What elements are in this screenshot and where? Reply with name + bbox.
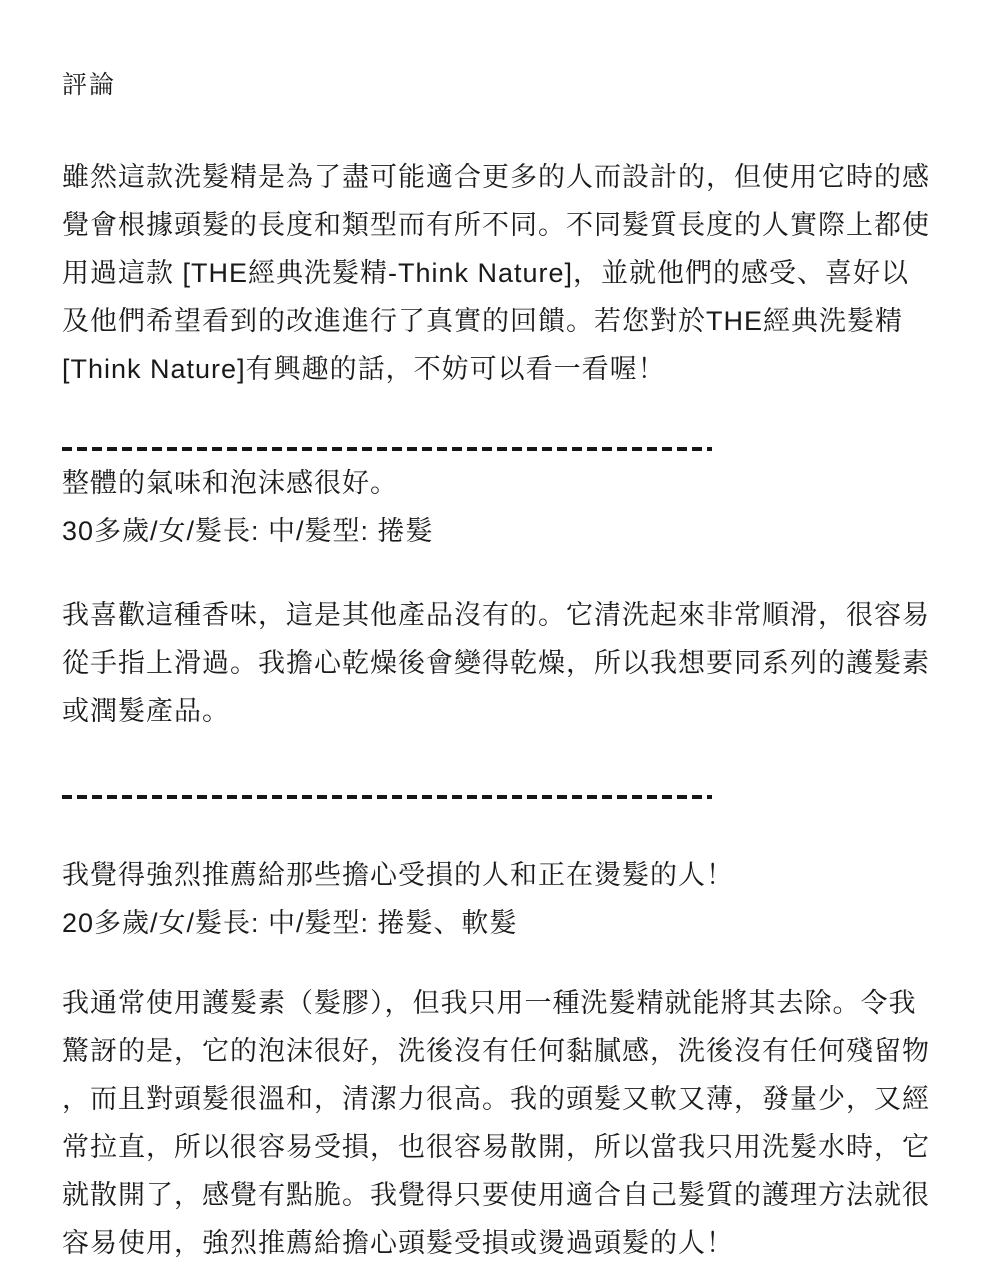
dashed-divider: [62, 447, 712, 451]
review-summary: 整體的氣味和泡沫感很好。: [62, 459, 942, 507]
reviewer-info: 20多歲/女/髮長: 中/髮型: 捲髮、軟髮: [62, 899, 942, 947]
review-section-2: 我覺得強烈推薦給那些擔心受損的人和正在燙髮的人！ 20多歲/女/髮長: 中/髮型…: [62, 795, 942, 1267]
review-body: 我喜歡這種香味，這是其他產品沒有的。它清洗起來非常順滑，很容易 從手指上滑過。我…: [62, 591, 942, 735]
page-title: 評論: [62, 65, 942, 101]
review-body: 我通常使用護髮素（髮膠），但我只用一種洗髮精就能將其去除。令我 驚訝的是，它的泡…: [62, 979, 942, 1267]
review-section-1: 整體的氣味和泡沫感很好。 30多歲/女/髮長: 中/髮型: 捲髮 我喜歡這種香味…: [62, 447, 942, 735]
document-page: 評論 雖然這款洗髮精是為了盡可能適合更多的人而設計的，但使用它時的感 覺會根據頭…: [0, 0, 1000, 1267]
review-summary: 我覺得強烈推薦給那些擔心受損的人和正在燙髮的人！: [62, 851, 942, 899]
intro-paragraph: 雖然這款洗髮精是為了盡可能適合更多的人而設計的，但使用它時的感 覺會根據頭髮的長…: [62, 153, 942, 393]
dashed-divider: [62, 795, 712, 799]
reviewer-info: 30多歲/女/髮長: 中/髮型: 捲髮: [62, 507, 942, 555]
